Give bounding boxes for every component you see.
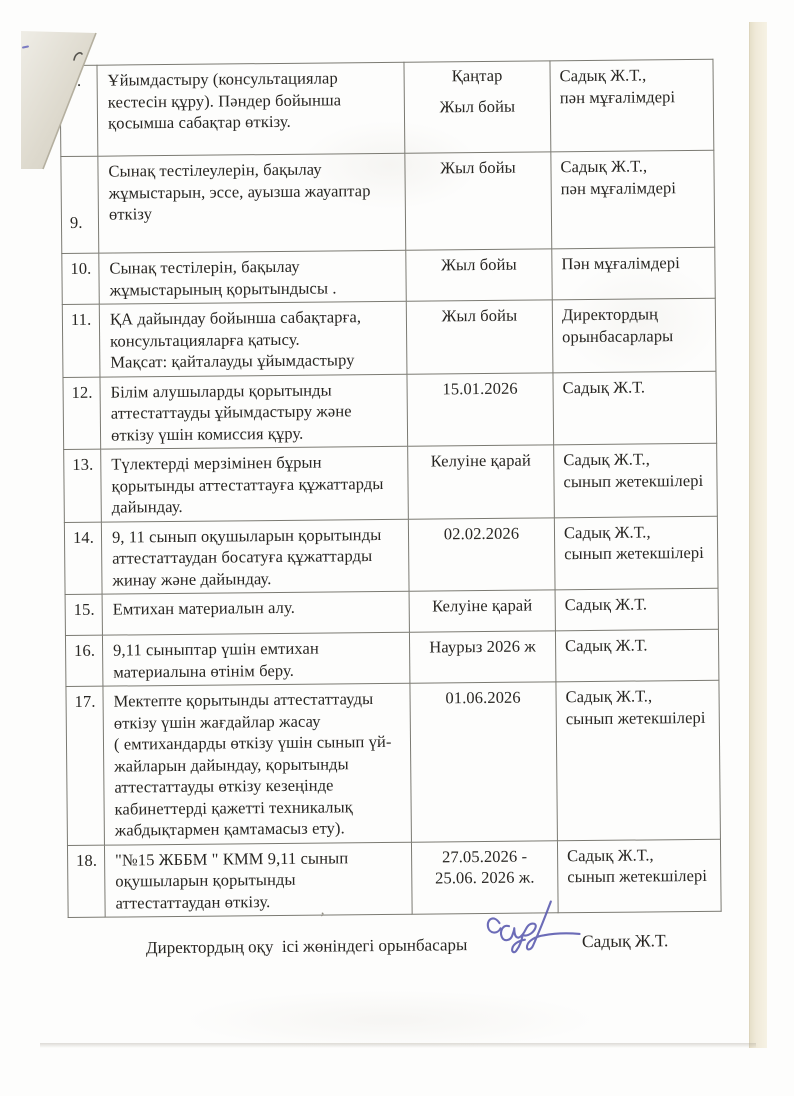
table-row: 15. Емтихан материалын алу. Келуіне қара… (65, 588, 718, 635)
plan-table-body: 8. Ұйымдастыру (консультациялар кестесін… (60, 59, 721, 917)
page-bottom-shadow (40, 1043, 756, 1048)
row-number-cell: 16. (65, 635, 102, 686)
task-cell: Ұйымдастыру (консультациялар кестесін құ… (97, 62, 405, 156)
scanned-page: 8. Ұйымдастыру (консультациялар кестесін… (0, 0, 794, 1096)
folded-corner (20, 29, 100, 171)
task-cell: "№15 ЖББМ " КММ 9,11 сынып оқушыларын қо… (104, 842, 412, 917)
date-cell: Жыл бойы (406, 249, 552, 301)
responsible-cell: Директордың орынбасарлары (552, 298, 716, 372)
responsible-cell: Пән мұғалімдері (552, 247, 715, 300)
date-cell: 02.02.2026 (408, 517, 555, 591)
date-cell: 15.01.2026 (407, 372, 554, 446)
fold-tip-mark (72, 50, 84, 62)
row-number-cell: 12. (63, 377, 101, 450)
row-number-cell: 13. (64, 449, 102, 522)
task-cell: Мектепте қорытынды аттестаттауды өткізу … (103, 683, 412, 844)
row-number-cell: 10. (62, 253, 99, 304)
date-cell: Наурыз 2026 ж (409, 631, 555, 683)
responsible-cell: Садық Ж.Т., сынып жетекшілері (554, 443, 718, 517)
page-edge-shadow (749, 22, 767, 1048)
date-cell: Жыл бойы (406, 300, 553, 374)
responsible-cell: Садық Ж.Т. (555, 588, 718, 631)
handwritten-signature-icon (484, 897, 585, 960)
table-row: 9. Сынақ тестілеулерін, бақылау жұмыстар… (61, 150, 715, 253)
plan-table: 8. Ұйымдастыру (консультациялар кестесін… (59, 59, 721, 918)
table-row: 12. Білім алушыларды қорытынды аттестатт… (63, 371, 717, 450)
row-number-cell: 18. (67, 845, 105, 918)
task-cell: 9, 11 сынып оқушыларын қорытынды аттеста… (101, 519, 409, 594)
table-row: 11. ҚА дайындау бойынша сабақтарға, конс… (62, 298, 716, 377)
table-row: 8. Ұйымдастыру (консультациялар кестесін… (60, 59, 714, 156)
task-cell: 9,11 сыныптар үшін емтихан материалына ө… (102, 632, 409, 686)
date-cell: Келуіне қарай (409, 590, 555, 632)
date-cell: 01.06.2026 (410, 682, 558, 842)
signatory-name: Садық Ж.Т. (582, 930, 669, 952)
responsible-cell: Садық Ж.Т. (555, 629, 718, 682)
row-number-cell: 17. (66, 686, 105, 845)
pencil-speck: ’ (320, 910, 325, 927)
row-number-cell: 15. (65, 594, 102, 635)
task-cell: Түлектерді мерзімінен бұрын қорытынды ат… (101, 446, 409, 521)
date-cell: Қаңтар Жыл бойы (404, 61, 551, 153)
table-row: 18. "№15 ЖББМ " КММ 9,11 сынып оқушылары… (67, 839, 721, 918)
task-cell: ҚА дайындау бойынша сабақтарға, консульт… (99, 301, 407, 376)
signature-title: Директордың оқу ісі жөніндегі орынбасары (146, 935, 468, 958)
responsible-cell: Садық Ж.Т. (553, 371, 717, 445)
table-row: 10. Сынақ тестілерін, бақылау жұмыстарын… (62, 247, 715, 304)
row-number-cell: 14. (64, 522, 102, 595)
task-cell: Білім алушыларды қорытынды аттестаттауды… (100, 374, 408, 449)
table-row: 17. Мектепте қорытынды аттестаттауды өтк… (66, 680, 720, 845)
task-cell: Сынақ тестілерін, бақылау жұмыстарының қ… (99, 250, 406, 304)
row-number-cell: 11. (62, 304, 100, 377)
date-cell: Келуіне қарай (408, 445, 555, 519)
responsible-cell: Садық Ж.Т., пән мұғалімдері (551, 150, 715, 249)
responsible-cell: Садық Ж.Т., пән мұғалімдері (550, 59, 714, 152)
task-cell: Емтихан материалын алу. (102, 591, 409, 635)
sheet-content: 8. Ұйымдастыру (консультациялар кестесін… (0, 0, 794, 1096)
table-row: 14. 9, 11 сынып оқушыларын қорытынды атт… (64, 516, 718, 595)
responsible-cell: Садық Ж.Т., сынып жетекшілері (554, 516, 718, 590)
task-cell: Сынақ тестілеулерін, бақылау жұмыстарын,… (98, 153, 406, 253)
date-cell: Жыл бойы (405, 152, 552, 250)
table-row: 16. 9,11 сыныптар үшін емтихан материалы… (65, 629, 718, 686)
table-row: 13. Түлектерді мерзімінен бұрын қорытынд… (64, 443, 718, 522)
responsible-cell: Садық Ж.Т., сынып жетекшілері (556, 680, 721, 840)
